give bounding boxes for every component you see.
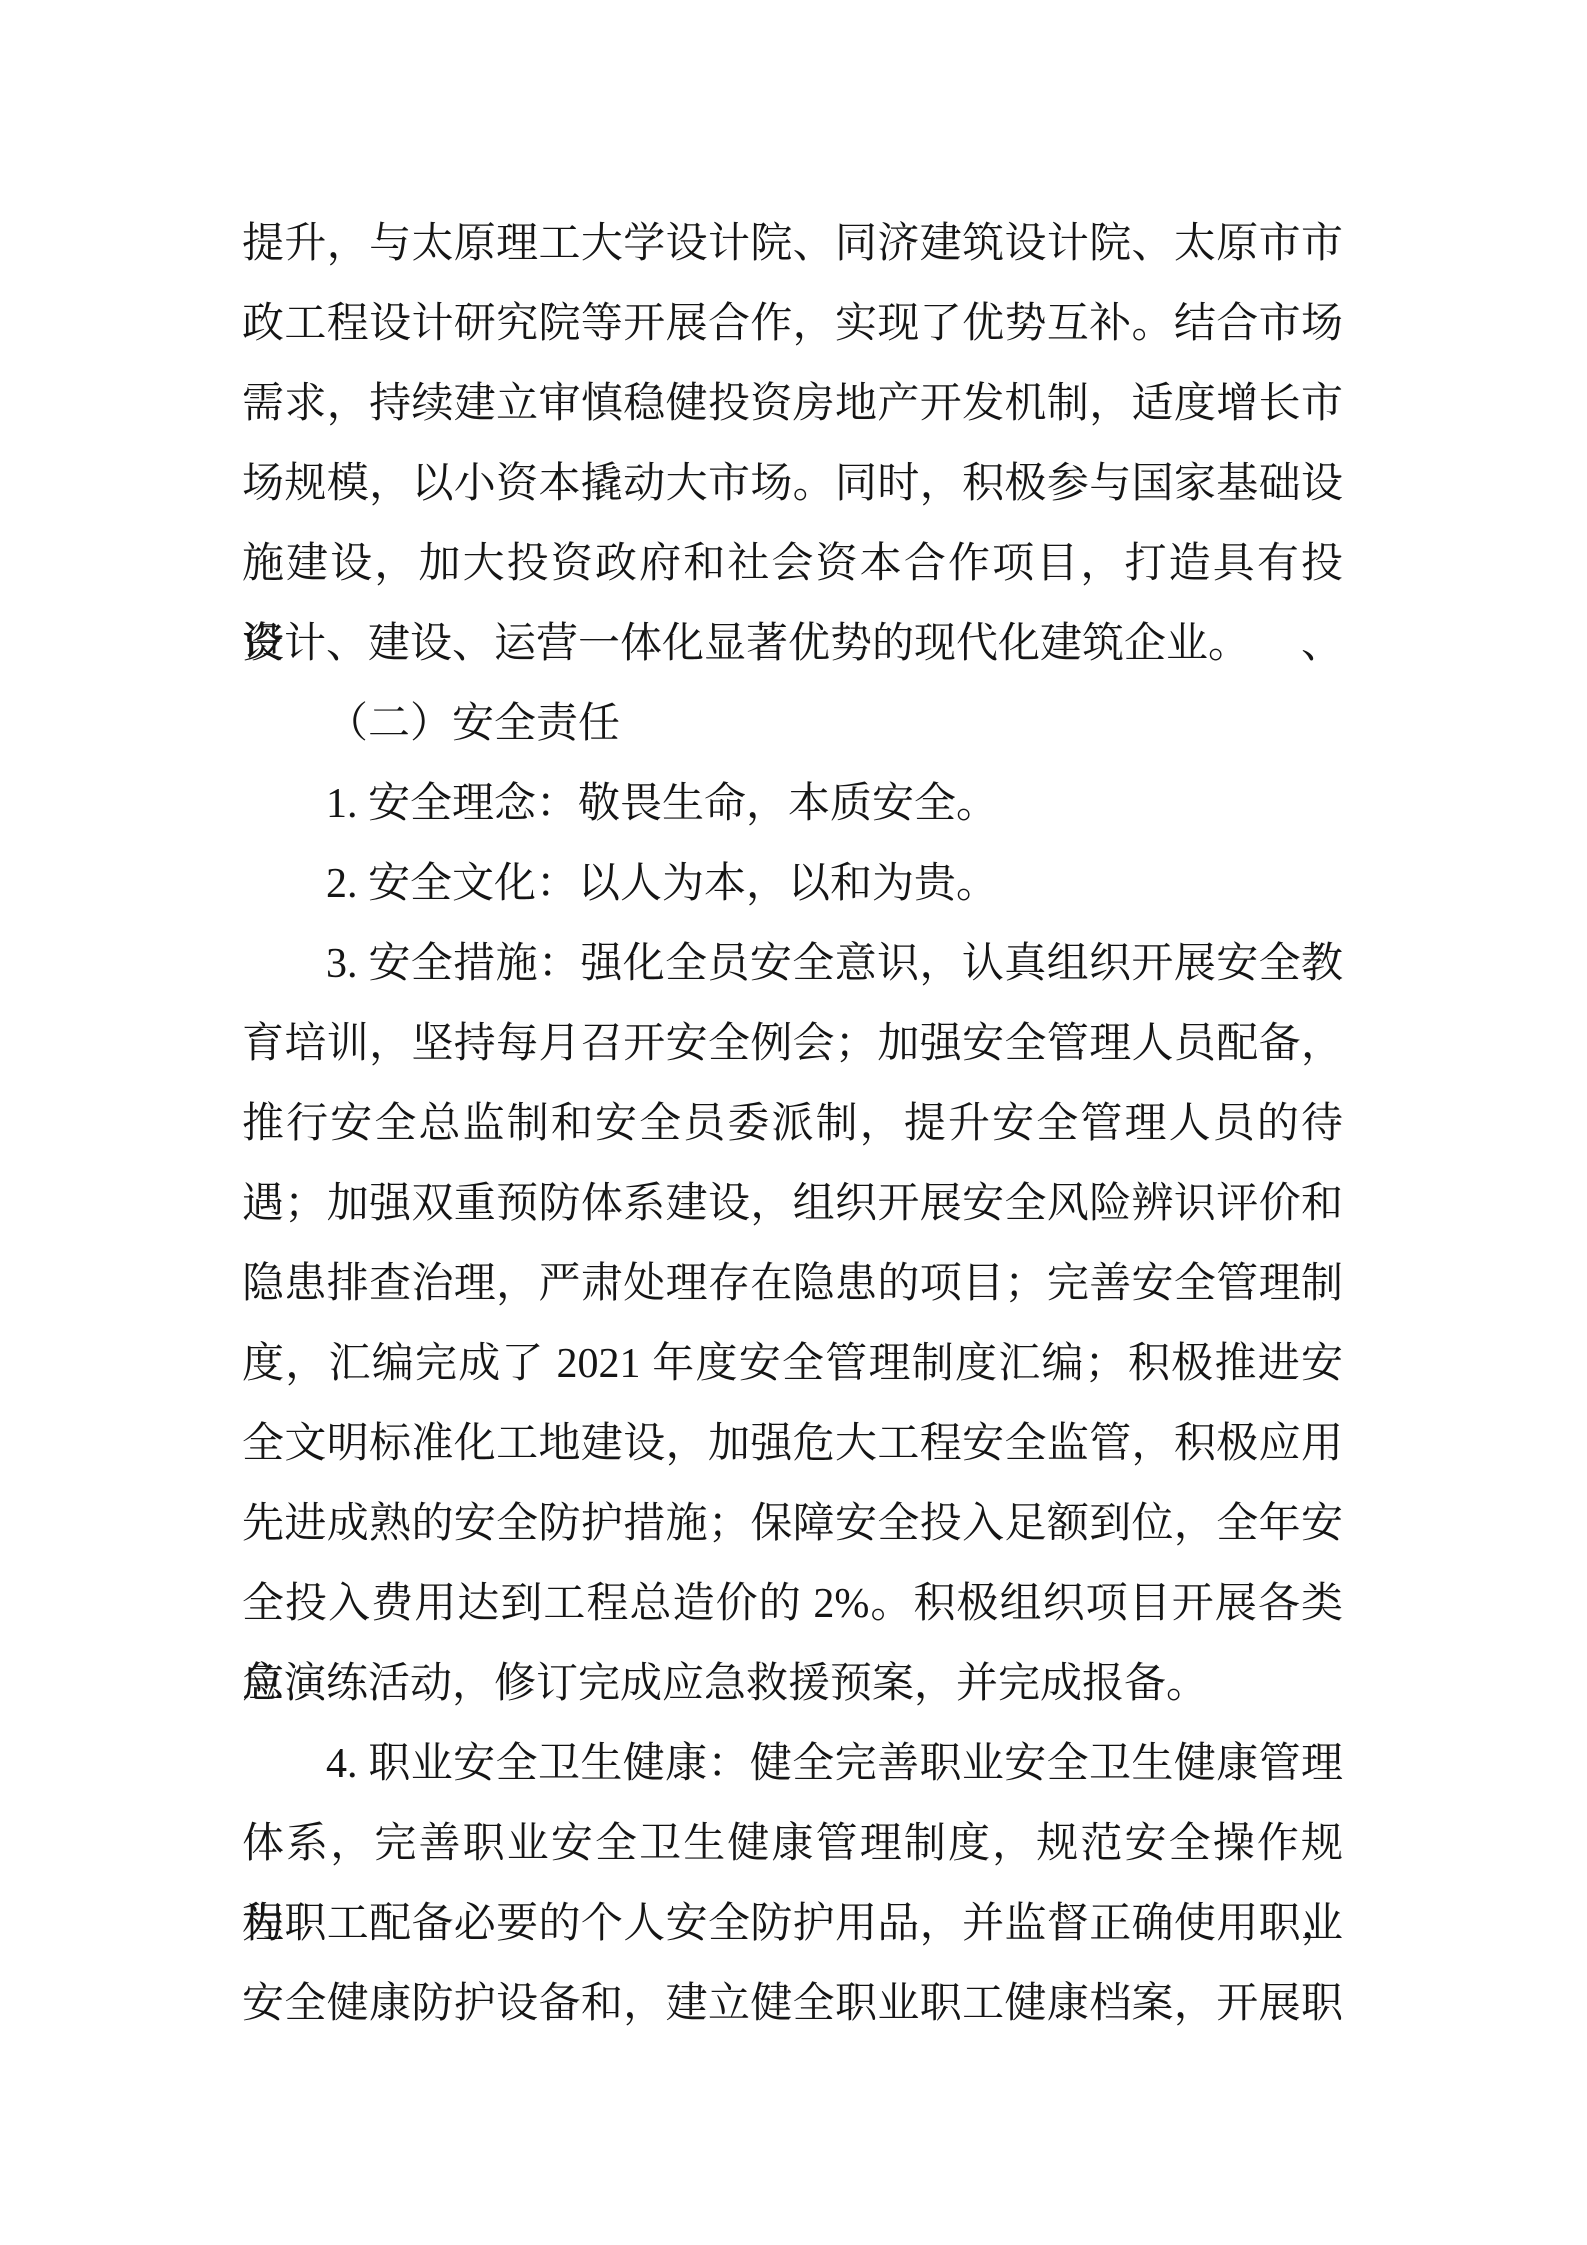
text-line-12: 推行安全总监制和安全员委派制，提升安全管理人员的待: [242, 1084, 1343, 1164]
text-line-11: 育培训，坚持每月召开安全例会；加强安全管理人员配备，: [242, 1004, 1343, 1084]
text-line-5: 施建设，加大投资政府和社会资本合作项目，打造具有投资、: [242, 524, 1343, 604]
text-line-10: 3. 安全措施：强化全员安全意识，认真组织开展安全教: [242, 924, 1343, 1004]
text-line-22: 为职工配备必要的个人安全防护用品，并监督正确使用职业: [242, 1884, 1343, 1964]
text-line-23: 安全健康防护设备和，建立健全职业职工健康档案，开展职: [242, 1964, 1343, 2044]
document-body-text: 提升，与太原理工大学设计院、同济建筑设计院、太原市市政工程设计研究院等开展合作，…: [242, 204, 1343, 2044]
text-line-19: 急演练活动，修订完成应急救援预案，并完成报备。: [242, 1644, 1343, 1724]
text-line-16: 全文明标准化工地建设，加强危大工程安全监管，积极应用: [242, 1404, 1343, 1484]
text-line-17: 先进成熟的安全防护措施；保障安全投入足额到位，全年安: [242, 1484, 1343, 1564]
text-line-9: 2. 安全文化：以人为本，以和为贵。: [242, 844, 1343, 924]
text-line-21: 体系，完善职业安全卫生健康管理制度，规范安全操作规程，: [242, 1804, 1343, 1884]
text-line-18: 全投入费用达到工程总造价的 2%。积极组织项目开展各类应: [242, 1564, 1343, 1644]
text-line-13: 遇；加强双重预防体系建设，组织开展安全风险辨识评价和: [242, 1164, 1343, 1244]
text-line-2: 政工程设计研究院等开展合作，实现了优势互补。结合市场: [242, 284, 1343, 364]
text-line-15: 度，汇编完成了 2021 年度安全管理制度汇编；积极推进安: [242, 1324, 1343, 1404]
text-line-1: 提升，与太原理工大学设计院、同济建筑设计院、太原市市: [242, 204, 1343, 284]
text-line-4: 场规模，以小资本撬动大市场。同时，积极参与国家基础设: [242, 444, 1343, 524]
text-line-6: 设计、建设、运营一体化显著优势的现代化建筑企业。: [242, 604, 1343, 684]
text-line-3: 需求，持续建立审慎稳健投资房地产开发机制，适度增长市: [242, 364, 1343, 444]
document-page: 提升，与太原理工大学设计院、同济建筑设计院、太原市市政工程设计研究院等开展合作，…: [0, 0, 1587, 2245]
text-line-8: 1. 安全理念：敬畏生命，本质安全。: [242, 764, 1343, 844]
text-line-14: 隐患排查治理，严肃处理存在隐患的项目；完善安全管理制: [242, 1244, 1343, 1324]
text-line-7: （二）安全责任: [242, 684, 1343, 764]
text-line-20: 4. 职业安全卫生健康：健全完善职业安全卫生健康管理: [242, 1724, 1343, 1804]
